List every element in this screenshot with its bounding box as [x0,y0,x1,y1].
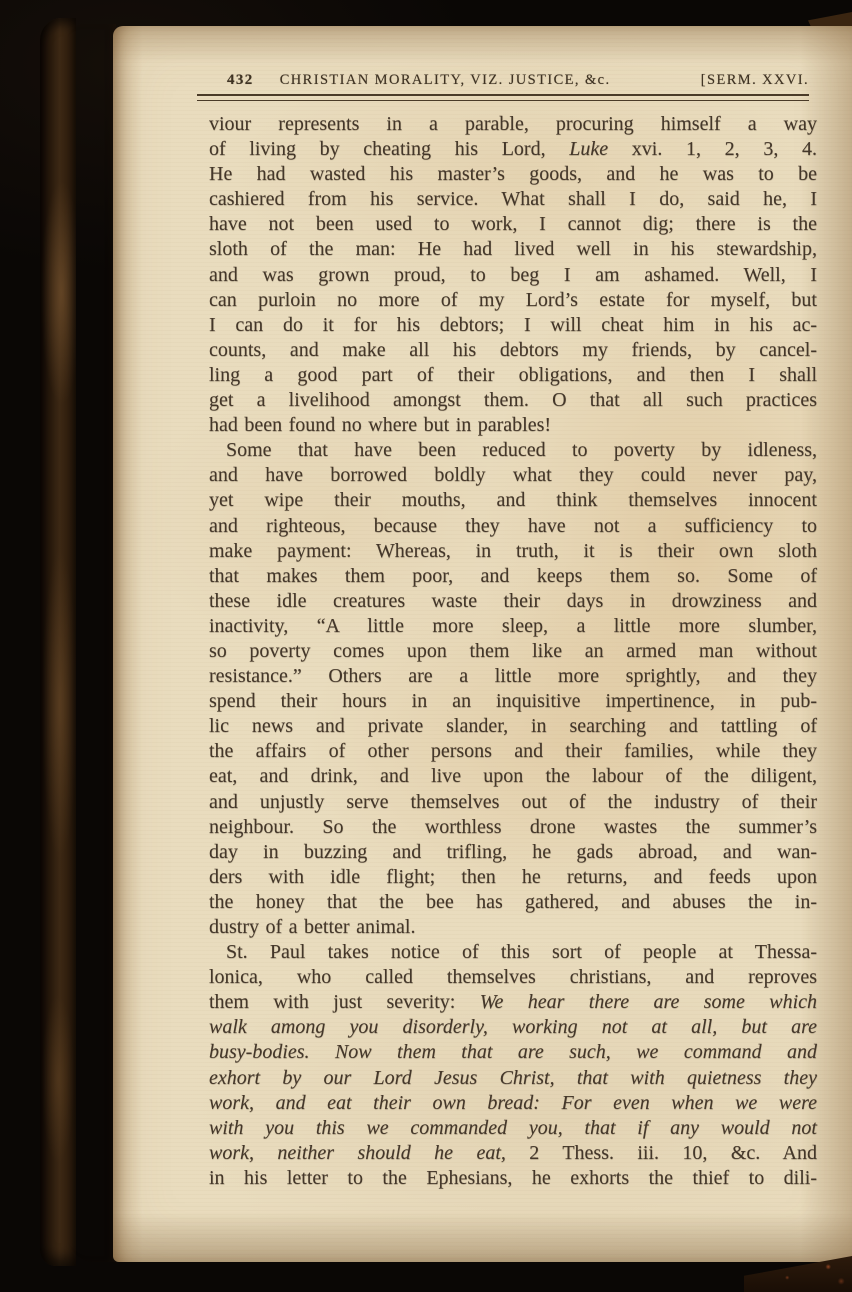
italic-text-segment: Luke [569,138,608,160]
text-segment: counts, and make all his debtors my frie… [209,339,817,361]
text-line: eat, and drink, and live upon the labour… [209,764,817,789]
italic-text-segment: work, and eat their own bread: For even … [209,1092,817,1114]
text-line: so poverty comes upon them like an armed… [209,639,817,664]
book-page-edges [66,24,116,1262]
text-segment: get a livelihood amongst them. O that al… [209,389,817,411]
text-line: ling a good part of their obligations, a… [209,363,817,388]
book-page: 432 CHRISTIAN MORALITY, VIZ. JUSTICE, &c… [113,26,852,1262]
paragraph: viour represents in a parable, procuring… [209,112,817,438]
text-line: had been found no where but in parables! [209,413,817,438]
italic-text-segment: busy-bodies. Now them that are such, we … [209,1041,817,1063]
text-line: cashiered from his service. What shall I… [209,187,817,212]
page-header: 432 CHRISTIAN MORALITY, VIZ. JUSTICE, &c… [197,72,809,89]
text-segment: and righteous, because they have not a s… [209,515,817,537]
italic-text-segment: exhort by our Lord Jesus Christ, that wi… [209,1067,817,1089]
text-line: work, neither should he eat, 2 Thess. ii… [209,1141,817,1166]
text-segment: sloth of the man: He had lived well in h… [209,238,817,260]
text-line: and righteous, because they have not a s… [209,514,817,539]
text-line: get a livelihood amongst them. O that al… [209,388,817,413]
text-segment: lic news and private slander, in searchi… [209,715,817,737]
text-line: have not been used to work, I cannot dig… [209,212,817,237]
italic-text-segment: walk among you disorderly, working not a… [209,1016,817,1038]
text-line: counts, and make all his debtors my frie… [209,338,817,363]
text-segment: the honey that the bee has gathered, and… [209,891,817,913]
text-segment: neighbour. So the worthless drone wastes… [209,816,817,838]
text-line: ders with idle flight; then he returns, … [209,865,817,890]
text-line: the honey that the bee has gathered, and… [209,890,817,915]
text-segment: ling a good part of their obligations, a… [209,364,817,386]
text-segment: lonica, who called themselves christians… [209,966,817,988]
text-line: make payment: Whereas, in truth, it is t… [209,539,817,564]
text-line: can purloin no more of my Lord’s estate … [209,288,817,313]
text-segment: xvi. 1, 2, 3, 4. [608,138,817,160]
text-segment: can purloin no more of my Lord’s estate … [209,289,817,311]
text-line: these idle creatures waste their days in… [209,589,817,614]
text-line: of living by cheating his Lord, Luke xvi… [209,137,817,162]
text-line: busy-bodies. Now them that are such, we … [209,1040,817,1065]
text-line: them with just severity: We hear there a… [209,990,817,1015]
text-segment: of living by cheating his Lord, [209,138,569,160]
text-segment: spend their hours in an inquisitive impe… [209,690,817,712]
text-segment: dustry of a better animal. [209,916,416,938]
text-segment: day in buzzing and trifling, he gads abr… [209,841,817,863]
italic-text-segment: work, neither should he eat, [209,1142,506,1164]
text-segment: viour represents in a parable, procuring… [209,113,817,135]
text-segment: and unjustly serve themselves out of the… [209,791,817,813]
text-line: inactivity, “A little more sleep, a litt… [209,614,817,639]
header-double-rule [197,94,809,101]
page-number: 432 [227,72,254,89]
text-segment: have not been used to work, I cannot dig… [209,213,817,235]
text-line: neighbour. So the worthless drone wastes… [209,815,817,840]
text-segment: and was grown proud, to beg I am ashamed… [209,264,817,286]
text-segment: He had wasted his master’s goods, and he… [209,163,817,185]
text-segment: I can do it for his debtors; I will chea… [209,314,817,336]
text-line: He had wasted his master’s goods, and he… [209,162,817,187]
text-segment: inactivity, “A little more sleep, a litt… [209,615,817,637]
text-line: with you this we commanded you, that if … [209,1116,817,1141]
text-line: sloth of the man: He had lived well in h… [209,237,817,262]
italic-text-segment: We hear there are some which [480,991,817,1013]
text-line: Some that have been reduced to poverty b… [209,438,817,463]
text-line: and was grown proud, to beg I am ashamed… [209,263,817,288]
text-segment: ders with idle flight; then he returns, … [209,866,817,888]
text-line: lonica, who called themselves christians… [209,965,817,990]
text-line: viour represents in a parable, procuring… [209,112,817,137]
paragraph: Some that have been reduced to poverty b… [209,438,817,940]
text-line: and unjustly serve themselves out of the… [209,790,817,815]
text-line: the affairs of other persons and their f… [209,739,817,764]
text-segment: so poverty comes upon them like an armed… [209,640,817,662]
page-content: 432 CHRISTIAN MORALITY, VIZ. JUSTICE, &c… [113,26,852,1262]
text-line: lic news and private slander, in searchi… [209,714,817,739]
text-line: St. Paul takes notice of this sort of pe… [209,940,817,965]
text-segment: them with just severity: [209,991,480,1013]
text-line: resistance.” Others are a little more sp… [209,664,817,689]
text-line: walk among you disorderly, working not a… [209,1015,817,1040]
sermon-number-label: [SERM. XXVI. [701,72,809,89]
paragraph: St. Paul takes notice of this sort of pe… [209,940,817,1191]
text-segment: cashiered from his service. What shall I… [209,188,817,210]
text-line: day in buzzing and trifling, he gads abr… [209,840,817,865]
text-segment: yet wipe their mouths, and think themsel… [209,489,817,511]
text-segment: eat, and drink, and live upon the labour… [209,765,817,787]
text-segment: in his letter to the Ephesians, he exhor… [209,1167,817,1189]
text-line: exhort by our Lord Jesus Christ, that wi… [209,1066,817,1091]
text-line: yet wipe their mouths, and think themsel… [209,488,817,513]
running-title: CHRISTIAN MORALITY, VIZ. JUSTICE, &c. [280,72,611,89]
text-segment: had been found no where but in parables! [209,414,551,436]
text-segment: the affairs of other persons and their f… [209,740,817,762]
text-segment: and have borrowed boldly what they could… [209,464,817,486]
text-line: in his letter to the Ephesians, he exhor… [209,1166,817,1191]
text-line: spend their hours in an inquisitive impe… [209,689,817,714]
text-segment: Some that have been reduced to poverty b… [226,439,817,461]
text-segment: 2 Thess. iii. 10, &c. And [506,1142,817,1164]
text-segment: these idle creatures waste their days in… [209,590,817,612]
text-line: dustry of a better animal. [209,915,817,940]
text-segment: St. Paul takes notice of this sort of pe… [226,941,817,963]
body-text: viour represents in a parable, procuring… [209,112,817,1191]
scanned-book-photo: 432 CHRISTIAN MORALITY, VIZ. JUSTICE, &c… [0,0,852,1292]
text-line: that makes them poor, and keeps them so.… [209,564,817,589]
text-line: I can do it for his debtors; I will chea… [209,313,817,338]
text-segment: resistance.” Others are a little more sp… [209,665,817,687]
text-line: and have borrowed boldly what they could… [209,463,817,488]
text-segment: make payment: Whereas, in truth, it is t… [209,540,817,562]
text-segment: that makes them poor, and keeps them so.… [209,565,817,587]
text-line: work, and eat their own bread: For even … [209,1091,817,1116]
italic-text-segment: with you this we commanded you, that if … [209,1117,817,1139]
